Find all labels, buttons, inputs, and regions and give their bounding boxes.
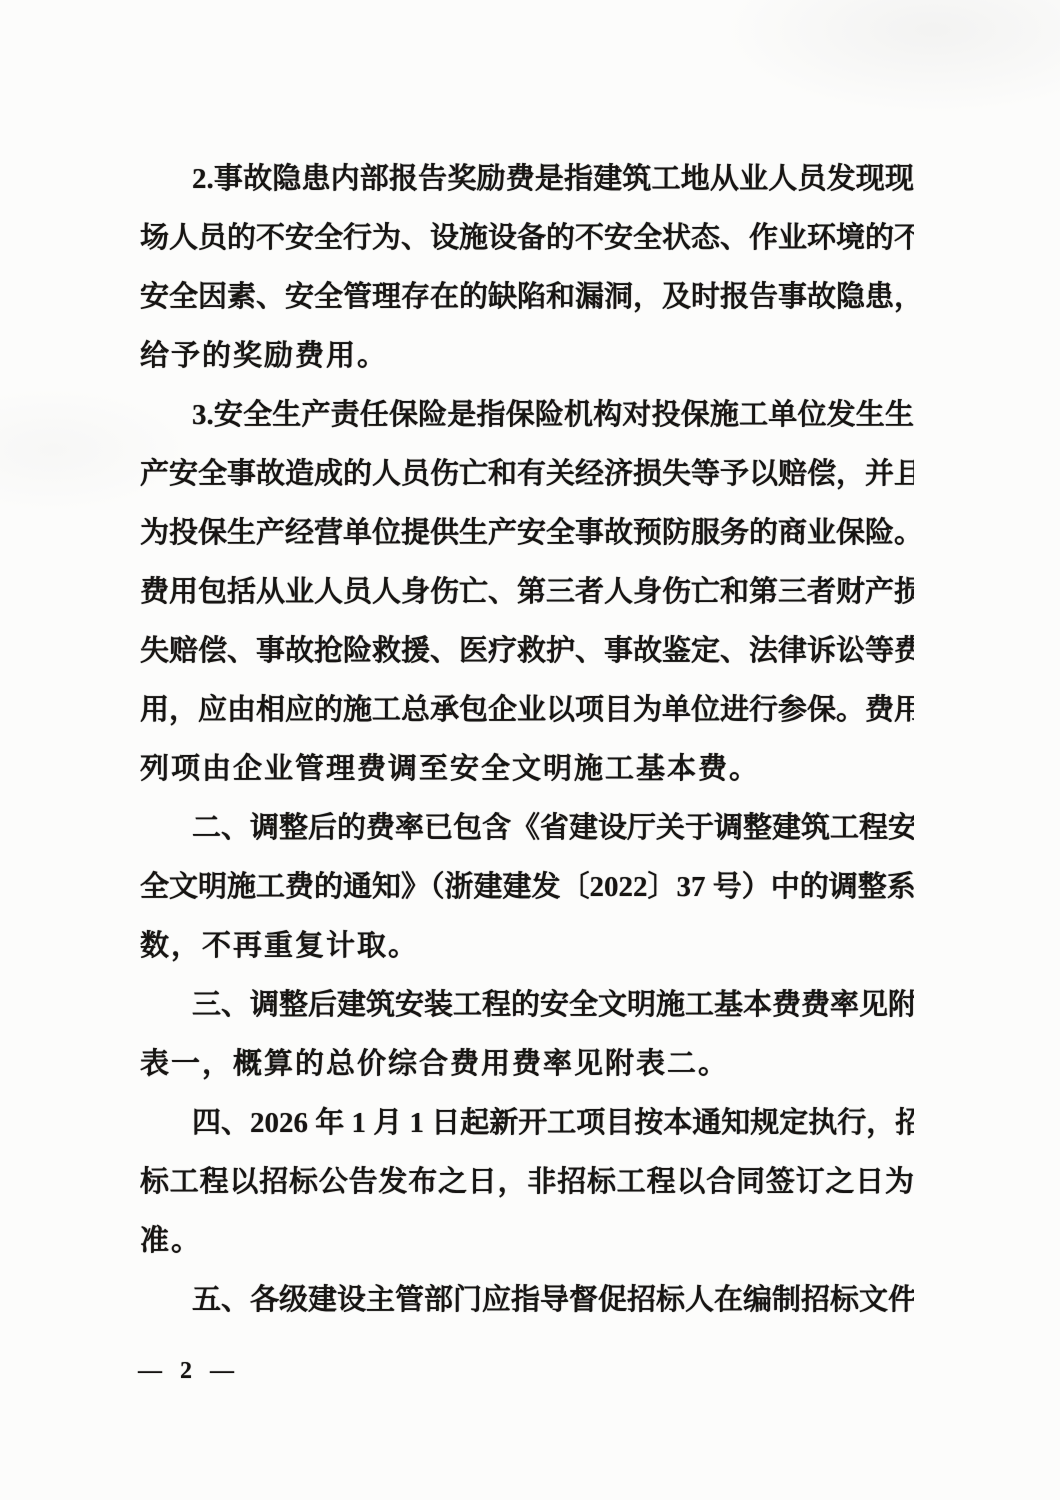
text-line: 表一，概算的总价综合费用费率见附表二。: [140, 1035, 914, 1094]
text-line: 场人员的不安全行为、设施设备的不安全状态、作业环境的不: [140, 209, 914, 268]
page-number: — 2 —: [138, 1358, 240, 1385]
text-line: 产安全事故造成的人员伤亡和有关经济损失等予以赔偿，并且: [140, 445, 914, 504]
paragraph: 四、2026 年 1 月 1 日起新开工项目按本通知规定执行，招 标工程以招标公…: [140, 1094, 914, 1271]
text-line: 数，不再重复计取。: [140, 917, 914, 976]
paragraph: 三、调整后建筑安装工程的安全文明施工基本费费率见附 表一，概算的总价综合费用费率…: [140, 976, 914, 1094]
paragraph: 3.安全生产责任保险是指保险机构对投保施工单位发生生 产安全事故造成的人员伤亡和…: [140, 386, 914, 799]
scanned-document-page: 2.事故隐患内部报告奖励费是指建筑工地从业人员发现现 场人员的不安全行为、设施设…: [0, 0, 1060, 1500]
text-line: 为投保生产经营单位提供生产安全事故预防服务的商业保险。: [140, 504, 914, 563]
document-body: 2.事故隐患内部报告奖励费是指建筑工地从业人员发现现 场人员的不安全行为、设施设…: [140, 150, 914, 1330]
paragraph: 五、各级建设主管部门应指导督促招标人在编制招标文件: [140, 1271, 914, 1330]
text-line: 准。: [140, 1212, 914, 1271]
text-line: 2.事故隐患内部报告奖励费是指建筑工地从业人员发现现: [140, 150, 914, 209]
paragraph: 2.事故隐患内部报告奖励费是指建筑工地从业人员发现现 场人员的不安全行为、设施设…: [140, 150, 914, 386]
paragraph: 二、调整后的费率已包含《省建设厅关于调整建筑工程安 全文明施工费的通知》（浙建建…: [140, 799, 914, 976]
text-line: 失赔偿、事故抢险救援、医疗救护、事故鉴定、法律诉讼等费: [140, 622, 914, 681]
text-line: 三、调整后建筑安装工程的安全文明施工基本费费率见附: [140, 976, 914, 1035]
text-line: 用，应由相应的施工总承包企业以项目为单位进行参保。费用: [140, 681, 914, 740]
text-line: 费用包括从业人员人身伤亡、第三者人身伤亡和第三者财产损: [140, 563, 914, 622]
text-line: 全文明施工费的通知》（浙建建发〔2022〕37 号）中的调整系: [140, 858, 914, 917]
text-line: 列项由企业管理费调至安全文明施工基本费。: [140, 740, 914, 799]
text-line: 四、2026 年 1 月 1 日起新开工项目按本通知规定执行，招: [140, 1094, 914, 1153]
text-line: 五、各级建设主管部门应指导督促招标人在编制招标文件: [140, 1271, 914, 1330]
text-line: 3.安全生产责任保险是指保险机构对投保施工单位发生生: [140, 386, 914, 445]
text-line: 标工程以招标公告发布之日，非招标工程以合同签订之日为: [140, 1153, 914, 1212]
text-line: 二、调整后的费率已包含《省建设厅关于调整建筑工程安: [140, 799, 914, 858]
text-line: 给予的奖励费用。: [140, 327, 914, 386]
text-line: 安全因素、安全管理存在的缺陷和漏洞，及时报告事故隐患，: [140, 268, 914, 327]
